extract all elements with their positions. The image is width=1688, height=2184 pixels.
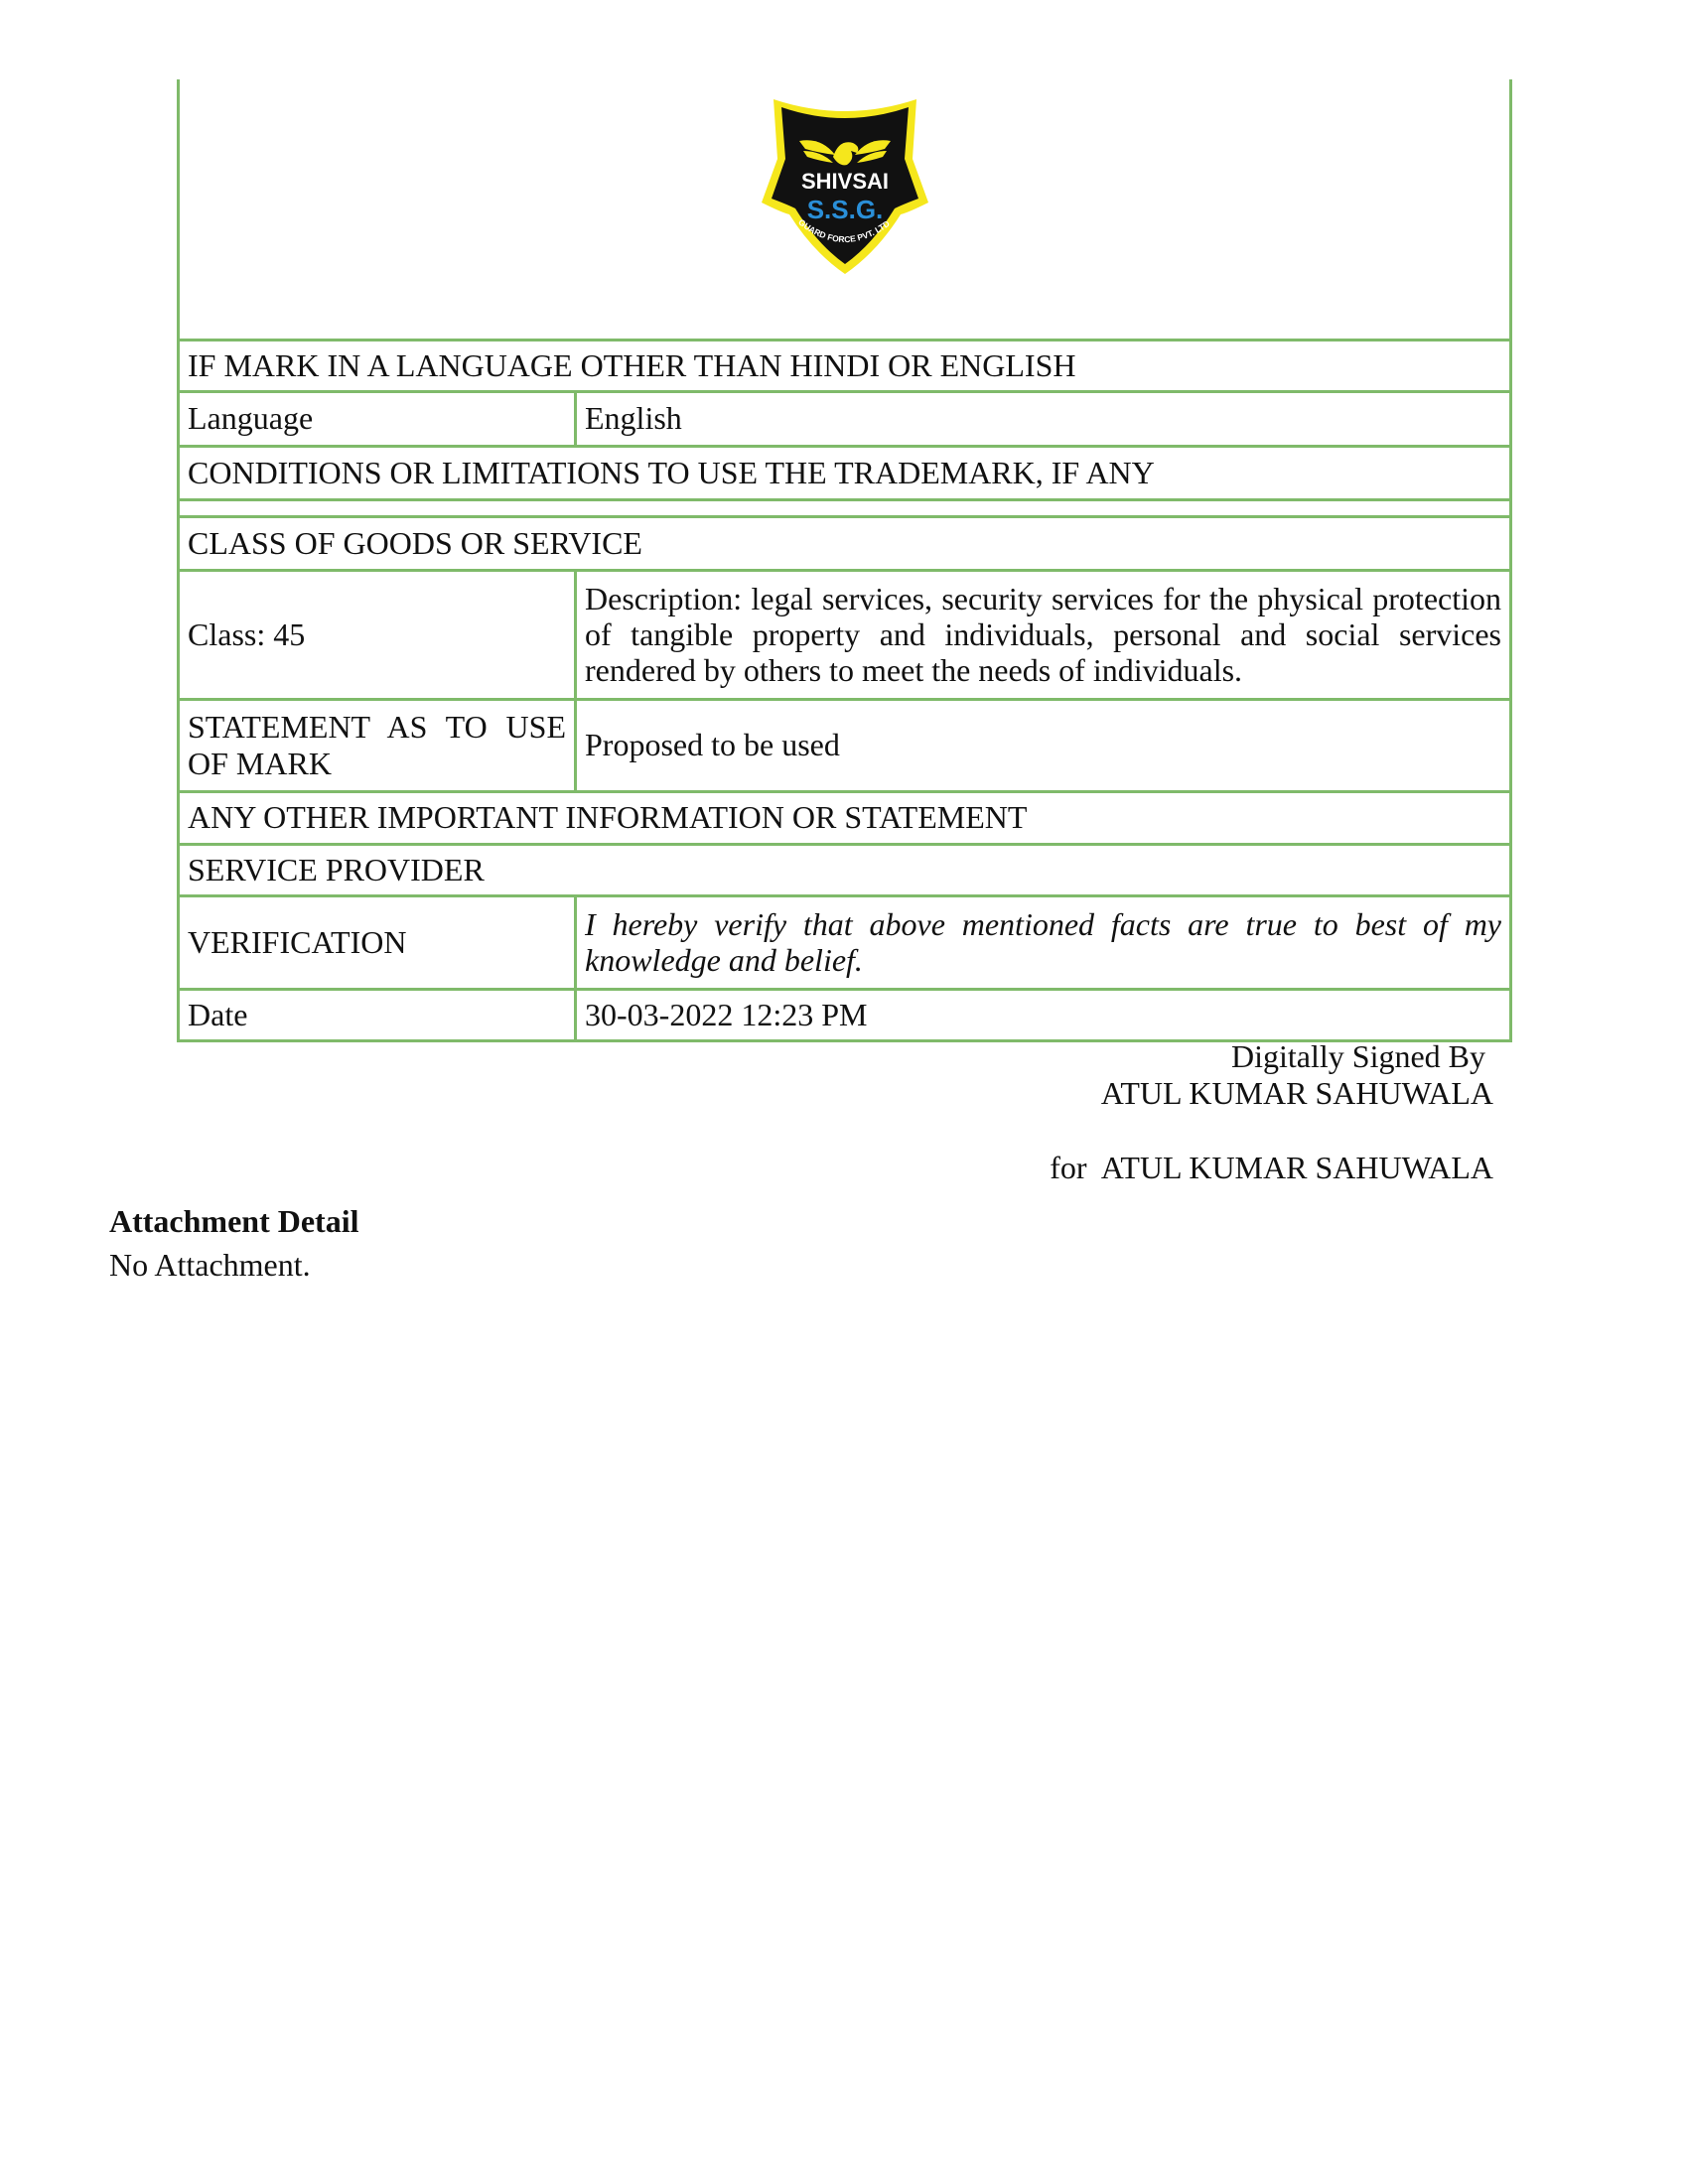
logo-row: SHIVSAI S.S.G. GUARD FORCE PVT. LTD. xyxy=(179,79,1511,340)
empty-row-cell xyxy=(179,499,1511,516)
section-heading: CLASS OF GOODS OR SERVICE xyxy=(179,516,1511,570)
row-label: Language xyxy=(179,391,576,446)
table-row: STATEMENT AS TO USE OF MARKProposed to b… xyxy=(179,699,1511,791)
table-row: Date30-03-2022 12:23 PM xyxy=(179,989,1511,1040)
shivsai-ssg-logo: SHIVSAI S.S.G. GUARD FORCE PVT. LTD. xyxy=(760,93,930,277)
table-row: SERVICE PROVIDER xyxy=(179,844,1511,895)
table-row: IF MARK IN A LANGUAGE OTHER THAN HINDI O… xyxy=(179,340,1511,391)
trademark-details-table: SHIVSAI S.S.G. GUARD FORCE PVT. LTD. IF … xyxy=(177,79,1512,1042)
shield-logo-icon: SHIVSAI S.S.G. GUARD FORCE PVT. LTD. xyxy=(760,93,930,277)
svg-text:S.S.G.: S.S.G. xyxy=(806,195,883,224)
row-value: English xyxy=(576,391,1511,446)
logo-cell: SHIVSAI S.S.G. GUARD FORCE PVT. LTD. xyxy=(179,79,1511,340)
table-row: CONDITIONS OR LIMITATIONS TO USE THE TRA… xyxy=(179,446,1511,499)
signer-name: ATUL KUMAR SAHUWALA xyxy=(1101,1075,1493,1112)
attachment-detail-text: No Attachment. xyxy=(109,1247,311,1284)
section-heading: CONDITIONS OR LIMITATIONS TO USE THE TRA… xyxy=(179,446,1511,499)
table-rows: IF MARK IN A LANGUAGE OTHER THAN HINDI O… xyxy=(179,340,1511,1040)
table-row: Class: 45Description: legal services, se… xyxy=(179,570,1511,699)
attachment-detail-heading: Attachment Detail xyxy=(109,1203,358,1240)
row-value: Proposed to be used xyxy=(576,699,1511,791)
row-label: Date xyxy=(179,989,576,1040)
section-heading: SERVICE PROVIDER xyxy=(179,844,1511,895)
signed-for-name: for ATUL KUMAR SAHUWALA xyxy=(1050,1150,1493,1186)
table-row: VERIFICATIONI hereby verify that above m… xyxy=(179,895,1511,989)
table-row: CLASS OF GOODS OR SERVICE xyxy=(179,516,1511,570)
digitally-signed-label: Digitally Signed By xyxy=(1231,1038,1493,1075)
row-label: STATEMENT AS TO USE OF MARK xyxy=(179,699,576,791)
section-heading: IF MARK IN A LANGUAGE OTHER THAN HINDI O… xyxy=(179,340,1511,391)
svg-text:SHIVSAI: SHIVSAI xyxy=(800,169,888,194)
section-heading: ANY OTHER IMPORTANT INFORMATION OR STATE… xyxy=(179,791,1511,844)
row-value: 30-03-2022 12:23 PM xyxy=(576,989,1511,1040)
row-label: VERIFICATION xyxy=(179,895,576,989)
table-row xyxy=(179,499,1511,516)
table-row: LanguageEnglish xyxy=(179,391,1511,446)
table-row: ANY OTHER IMPORTANT INFORMATION OR STATE… xyxy=(179,791,1511,844)
row-value: I hereby verify that above mentioned fac… xyxy=(576,895,1511,989)
row-label: Class: 45 xyxy=(179,570,576,699)
document-page: SHIVSAI S.S.G. GUARD FORCE PVT. LTD. IF … xyxy=(0,0,1688,2184)
row-value: Description: legal services, security se… xyxy=(576,570,1511,699)
